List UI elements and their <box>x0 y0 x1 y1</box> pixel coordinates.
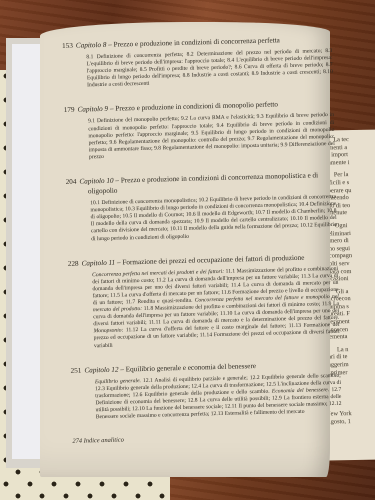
chapter-page-number: 228 <box>68 259 79 267</box>
chapter-sections: Equilibrio generale. 12.1 Analisi di equ… <box>95 372 342 421</box>
chapter-sections: 9.1 Definizione del monopolio perfetto; … <box>88 112 335 161</box>
chapter-page-number: 153 <box>62 42 73 50</box>
chapter-label: Capitolo 12 <box>84 365 118 374</box>
chapter-sections: 8.1 Definizione di concorrenza perfetta;… <box>86 48 333 90</box>
chapter-title: Prezzo e produzione in condizioni di mon… <box>115 101 278 113</box>
table-of-contents: 153Capitolo 8 – Prezzo e produzione in c… <box>62 35 342 445</box>
chapter-page-number: 204 <box>66 178 77 186</box>
section-group-heading: Equilibrio generale. <box>95 378 141 385</box>
chapter-title: Equilibrio generale e economia del benes… <box>126 362 256 373</box>
chapter-page-number: 251 <box>70 366 81 374</box>
chapter-sections: 10.1 Definizione di concorrenza monopoli… <box>90 194 337 243</box>
chapter-label: Capitolo 10 <box>79 177 113 186</box>
chapter-sections: Concorrenza perfetta nei mercati dei pro… <box>92 265 340 349</box>
chapter-label: Capitolo 11 <box>81 258 115 267</box>
chapter-label: Capitolo 9 <box>77 105 108 114</box>
chapter-page-number: 179 <box>64 106 75 114</box>
chapter-label: Capitolo 8 <box>76 41 107 50</box>
chapter-title: Formazione dei prezzi ed occupazione dei… <box>122 253 304 266</box>
